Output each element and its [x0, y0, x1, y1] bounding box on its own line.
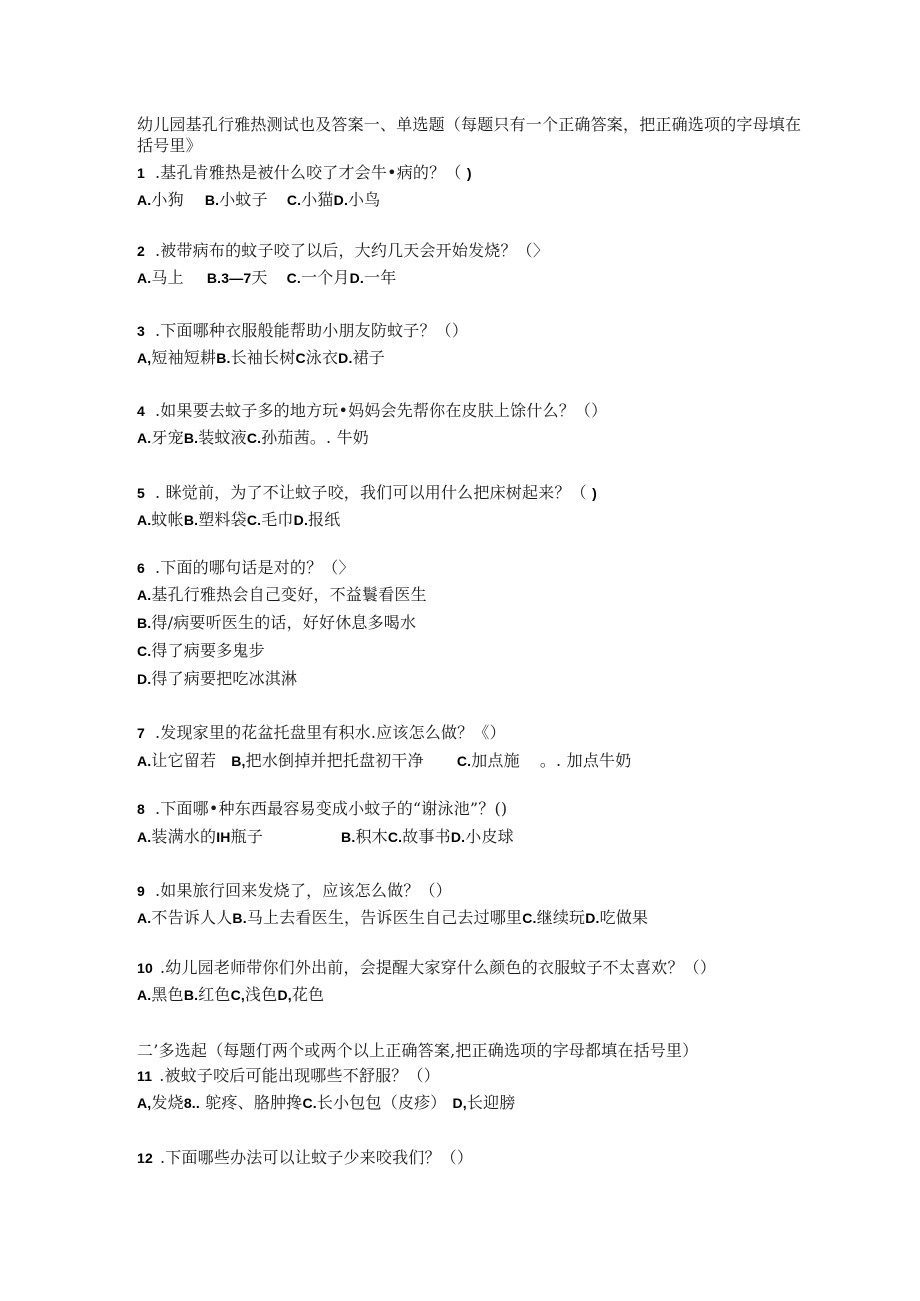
- text-run: 牙宠: [151, 428, 183, 447]
- bold-run: D.: [350, 270, 364, 286]
- question-10-options: A.黑色B.红色C,浅色D,花色: [137, 984, 324, 1006]
- bold-run: B.: [184, 430, 198, 446]
- text-run: 报纸: [308, 510, 340, 529]
- text-run: 装蚊液: [198, 428, 247, 447]
- bold-run: D.: [451, 829, 465, 845]
- text-run: 得了病要把吃冰淇淋: [151, 669, 297, 688]
- bold-run: D,: [453, 1095, 467, 1111]
- text-run: 让它留若: [151, 751, 216, 770]
- bold-run: 3: [137, 323, 145, 339]
- spacing: [184, 204, 205, 205]
- bold-run: B.: [216, 350, 230, 366]
- text-run: 括号里》: [137, 136, 202, 155]
- question-1-options: A.小狗B.小蚊子C.小猫D.小鸟: [137, 189, 380, 211]
- text-run: 长迎膀: [467, 1093, 516, 1112]
- spacing: [520, 765, 540, 766]
- question-3: 3.下面哪种衣服般能帮助小朋友防蚊子？（）: [137, 320, 468, 342]
- spacing: [153, 1162, 160, 1163]
- text-run: 一年: [364, 268, 396, 287]
- text-run: 小鸟: [348, 190, 380, 209]
- text-run: 花色: [292, 985, 324, 1004]
- bold-run: A.: [137, 753, 151, 769]
- text-run: 二’多选起（每题仃两个或两个以上正确答案,把正确选项的字母都填在括号里）: [137, 1041, 698, 1060]
- spacing: [268, 204, 287, 205]
- text-run: 马上: [151, 268, 183, 287]
- question-5-options: A.蚊帐B.塑料袋C.毛巾D.报纸: [137, 509, 340, 531]
- text-run: .下面的哪句话是对的？（〉: [155, 558, 355, 577]
- bold-run: A.: [137, 512, 151, 528]
- question-12: 12.下面哪些办法可以让蚊子少来咬我们？（）: [137, 1147, 473, 1169]
- text-run: 泳衣: [306, 348, 338, 367]
- text-run: 继续玩: [537, 908, 586, 927]
- text-run: .下面哪些办法可以让蚊子少来咬我们？（）: [160, 1148, 473, 1167]
- bold-run: C.: [522, 910, 536, 926]
- text-run: 蚊帐: [151, 510, 183, 529]
- spacing: [145, 737, 155, 738]
- bold-run: A,: [137, 350, 151, 366]
- spacing: [184, 282, 207, 283]
- bold-run: A,: [137, 1095, 151, 1111]
- bold-run: C.: [302, 1095, 316, 1111]
- bold-run: 8: [137, 801, 145, 817]
- bold-run: 4: [137, 403, 145, 419]
- bold-run: ): [592, 485, 597, 501]
- bold-run: C.: [457, 753, 471, 769]
- question-11-options: A,发烧8.. 鸵疼、胳肿搀C.长小包包（皮疹）D,长迎膀: [137, 1092, 516, 1114]
- text-run: .下面哪种衣服般能帮助小朋友防蚊子？（）: [155, 321, 468, 340]
- text-run: 小蚊子: [219, 190, 268, 209]
- text-run: 孙茄茜。. 牛奶: [261, 428, 369, 447]
- question-2: 2.被带病布的蚊子咬了以后，大约几天会开始发烧？（〉: [137, 240, 549, 262]
- bold-run: B.: [205, 192, 219, 208]
- bold-run: 12: [137, 1150, 153, 1166]
- text-run: .如果旅行回来发烧了，应该怎么做？（）: [155, 881, 452, 900]
- question-8-options: A.装满水的IH瓶子B.积木C.故事书D.小皮球: [137, 826, 514, 848]
- text-run: 得/病要听医生的话，好好休息多喝水: [151, 613, 416, 632]
- bold-run: 2: [137, 243, 145, 259]
- bold-run: 1: [137, 165, 145, 181]
- bold-run: 10: [137, 960, 153, 976]
- title-line-2: 括号里》: [137, 135, 202, 156]
- text-run: 鸵疼、胳肿搀: [200, 1093, 303, 1112]
- bold-run: A.: [137, 270, 151, 286]
- bold-run: ): [467, 165, 472, 181]
- text-run: 故事书: [402, 827, 451, 846]
- bold-run: C,: [231, 987, 245, 1003]
- question-6-option-c: C.得了病要多鬼步: [137, 640, 265, 662]
- text-run: 不告诉人人: [151, 908, 232, 927]
- text-run: .如果要去蚊子多的地方玩•妈妈会先帮你在皮肤上馀什么？（）: [155, 401, 607, 420]
- spacing: [145, 255, 155, 256]
- spacing: [216, 765, 231, 766]
- text-run: 瓶子: [231, 827, 263, 846]
- bold-run: A.: [137, 829, 151, 845]
- bold-run: A.: [137, 192, 151, 208]
- question-6-option-a: A.基孔行雅热会自己变好，不益鬟看医生: [137, 584, 427, 606]
- bold-run: D.: [294, 512, 308, 528]
- spacing: [145, 813, 155, 814]
- spacing: [153, 972, 160, 973]
- bold-run: C.: [247, 430, 261, 446]
- text-run: 长袖长树: [231, 348, 296, 367]
- text-run: 天: [251, 268, 267, 287]
- bold-run: B.: [184, 987, 198, 1003]
- question-3-options: A,短袖短耕B.长袖长树C泳衣D.裙子: [137, 347, 385, 369]
- question-9-options: A.不告诉人人B.马上去看医生，告诉医生自己去过哪里C.继续玩D.吃做果: [137, 907, 648, 929]
- bold-run: C.: [388, 829, 402, 845]
- question-7: 7.发现家里的花盆托盘里有积水.应该怎么做？《）: [137, 722, 506, 744]
- bold-run: D.: [585, 910, 599, 926]
- spacing: [145, 572, 155, 573]
- question-6: 6.下面的哪句话是对的？（〉: [137, 557, 355, 579]
- bold-run: 8..: [184, 1095, 200, 1111]
- text-run: 黑色: [151, 985, 183, 1004]
- bold-run: B.: [232, 910, 246, 926]
- text-run: 积木: [355, 827, 387, 846]
- text-run: 吃做果: [600, 908, 649, 927]
- text-run: 裙子: [353, 348, 385, 367]
- spacing: [145, 177, 155, 178]
- bold-run: A.: [137, 587, 151, 603]
- spacing: [145, 335, 155, 336]
- spacing: [145, 497, 155, 498]
- bold-run: B,: [231, 753, 245, 769]
- bold-run: 11: [137, 1068, 152, 1084]
- bold-run: C.: [247, 512, 261, 528]
- bold-run: C.: [287, 192, 301, 208]
- text-run: 加点施: [471, 751, 520, 770]
- spacing: [268, 282, 287, 283]
- question-4-options: A.牙宠B.装蚊液C.孙茄茜。. 牛奶: [137, 427, 369, 449]
- spacing: [263, 841, 341, 842]
- text-run: 浅色: [245, 985, 277, 1004]
- text-run: 一个月: [301, 268, 350, 287]
- question-2-options: A.马上B.3—7天C.一个月D.一年: [137, 267, 396, 289]
- text-run: 把水倒掉并把托盘初干净: [246, 751, 424, 770]
- text-run: 短袖短耕: [151, 348, 216, 367]
- bold-run: D.: [334, 192, 348, 208]
- text-run: 塑料袋: [198, 510, 247, 529]
- text-run: 得了病要多鬼步: [151, 641, 264, 660]
- question-8: 8.下面哪•种东西最容易变成小蚊子的“谢泳池”？(): [137, 798, 507, 820]
- bold-run: 9: [137, 883, 145, 899]
- title-line-1: 幼儿园基孔行雅热测试也及答案一、单选题（每题只有一个正确答案，把正确选项的字母填…: [137, 114, 801, 135]
- text-run: 装满水的: [151, 827, 216, 846]
- question-5: 5. 眯觉前，为了不让蚊子咬，我们可以用什么把床树起来？（ ): [137, 482, 597, 504]
- text-run: 小狗: [151, 190, 183, 209]
- bold-run: A.: [137, 910, 151, 926]
- spacing: [424, 765, 457, 766]
- text-run: .下面哪•种东西最容易变成小蚊子的“谢泳池”？(): [155, 799, 507, 818]
- text-run: .幼儿园老师带你们外出前，会提醒大家穿什么颜色的衣服蚊子不太喜欢？（）: [160, 958, 716, 977]
- text-run: . 眯觉前，为了不让蚊子咬，我们可以用什么把床树起来？（: [155, 483, 592, 502]
- text-run: .被蚊子咬后可能出现哪些不舒服？（）: [159, 1066, 440, 1085]
- text-run: 小皮球: [465, 827, 514, 846]
- bold-run: A.: [137, 987, 151, 1003]
- bold-run: B.: [137, 615, 151, 631]
- bold-run: A.: [137, 430, 151, 446]
- question-6-option-d: D.得了病要把吃冰淇淋: [137, 668, 297, 690]
- bold-run: B.: [341, 829, 355, 845]
- text-run: .基孔肯雅热是被什么咬了才会牛•病的？（: [155, 163, 467, 182]
- bold-run: D.: [338, 350, 352, 366]
- text-run: 马上去看医生，告诉医生自己去过哪里: [247, 908, 522, 927]
- question-4: 4.如果要去蚊子多的地方玩•妈妈会先帮你在皮肤上馀什么？（）: [137, 400, 607, 422]
- text-run: 小猫: [301, 190, 333, 209]
- text-run: 幼儿园基孔行雅热测试也及答案一、单选题（每题只有一个正确答案，把正确选项的字母填…: [137, 115, 801, 134]
- document-page: 幼儿园基孔行雅热测试也及答案一、单选题（每题只有一个正确答案，把正确选项的字母填…: [0, 0, 920, 1301]
- bold-run: 5: [137, 485, 145, 501]
- question-1: 1.基孔肯雅热是被什么咬了才会牛•病的？（ ): [137, 162, 472, 184]
- text-run: 长小包包（皮疹）: [317, 1093, 447, 1112]
- bold-run: 6: [137, 560, 145, 576]
- question-9: 9.如果旅行回来发烧了，应该怎么做？（）: [137, 880, 452, 902]
- question-10: 10.幼儿园老师带你们外出前，会提醒大家穿什么颜色的衣服蚊子不太喜欢？（）: [137, 957, 716, 979]
- spacing: [145, 895, 155, 896]
- section-2-heading: 二’多选起（每题仃两个或两个以上正确答案,把正确选项的字母都填在括号里）: [137, 1040, 698, 1061]
- bold-run: 7: [137, 725, 145, 741]
- bold-run: IH: [216, 829, 230, 845]
- text-run: 。. 加点牛奶: [540, 751, 632, 770]
- text-run: 基孔行雅热会自己变好，不益鬟看医生: [151, 585, 426, 604]
- bold-run: C: [295, 350, 305, 366]
- question-7-options: A.让它留若B,把水倒掉并把托盘初干净C.加点施。. 加点牛奶: [137, 750, 631, 772]
- bold-run: C.: [137, 643, 151, 659]
- text-run: 发烧: [151, 1093, 183, 1112]
- bold-run: D,: [277, 987, 291, 1003]
- question-6-option-b: B.得/病要听医生的话，好好休息多喝水: [137, 612, 416, 634]
- text-run: 毛巾: [261, 510, 293, 529]
- bold-run: C.: [287, 270, 301, 286]
- text-run: 红色: [198, 985, 230, 1004]
- text-run: .发现家里的花盆托盘里有积水.应该怎么做？《）: [155, 723, 506, 742]
- text-run: .被带病布的蚊子咬了以后，大约几天会开始发烧？（〉: [155, 241, 549, 260]
- bold-run: D.: [137, 671, 151, 687]
- bold-run: B.3—7: [207, 270, 252, 286]
- bold-run: B.: [184, 512, 198, 528]
- spacing: [145, 415, 155, 416]
- question-11: 11.被蚊子咬后可能出现哪些不舒服？（）: [137, 1065, 440, 1087]
